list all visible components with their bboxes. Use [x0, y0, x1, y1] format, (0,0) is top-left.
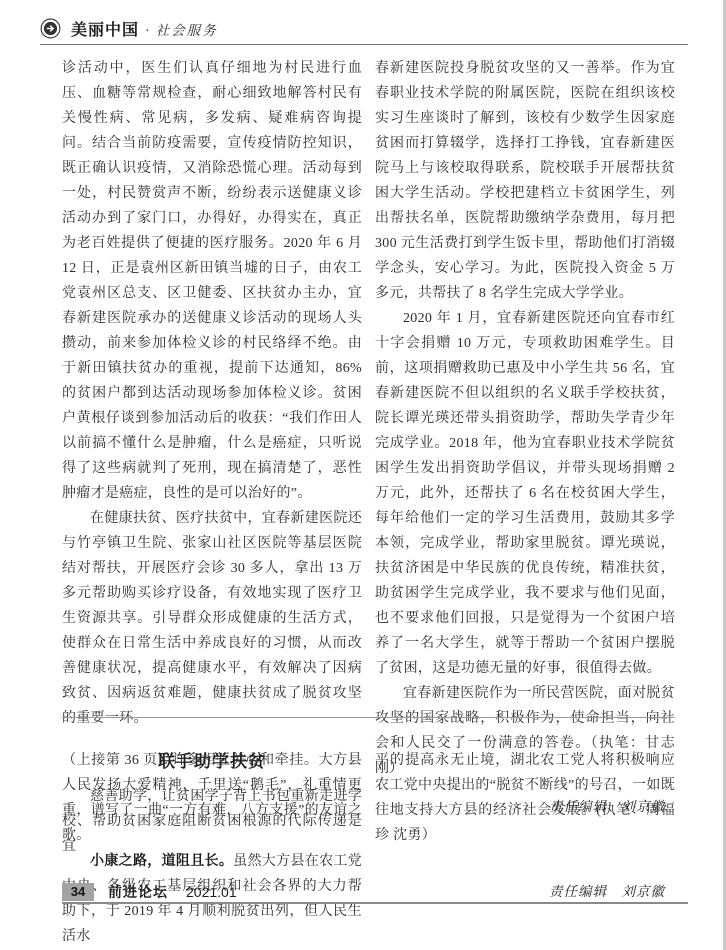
bottom-column-right: 平的提高永无止境，湖北农工党人将积极响应农工党中央提出的“脱贫不断线”的号召，一… — [375, 748, 675, 949]
header-rule — [40, 44, 688, 45]
article-divider — [62, 717, 675, 718]
main-column-right: 春新建医院投身脱贫攻坚的又一善举。作为宜春职业技术学院的附属医院，医院在组织该校… — [375, 56, 675, 859]
section-title-separator: · — [145, 24, 150, 40]
paragraph: （上接第 36 页）许多相互关心和牵挂。大方县人民发扬大爱精神，千里送“鹅毛”，… — [62, 748, 362, 848]
section-title-sub: 社会服务 — [156, 19, 218, 39]
arrow-circle-icon — [40, 18, 61, 39]
page-number-badge: 34 — [62, 883, 94, 901]
section-title: 美丽中国 · 社会服务 — [71, 17, 218, 40]
paragraph: 平的提高永无止境，湖北农工党人将积极响应农工党中央提出的“脱贫不断线”的号召，一… — [375, 748, 675, 848]
page-header: 美丽中国 · 社会服务 — [40, 13, 218, 43]
bottom-column-left: （上接第 36 页）许多相互关心和牵挂。大方县人民发扬大爱精神，千里送“鹅毛”，… — [62, 748, 362, 949]
paragraph: 春新建医院投身脱贫攻坚的又一善举。作为宜春职业技术学院的附属医院，医院在组织该校… — [375, 56, 675, 306]
paragraph: 诊活动中，医生们认真仔细地为村民进行血压、血糖等常规检查，耐心细致地解答村民有关… — [62, 56, 362, 506]
section-title-bold: 美丽中国 — [71, 17, 139, 40]
bold-lead: 小康之路，道阻且长。 — [90, 852, 233, 868]
article-bottom: （上接第 36 页）许多相互关心和牵挂。大方县人民发扬大爱精神，千里送“鹅毛”，… — [62, 748, 675, 949]
journal-name: 前进论坛 — [108, 882, 168, 902]
main-column-left: 诊活动中，医生们认真仔细地为村民进行血压、血糖等常规检查，耐心细致地解答村民有关… — [62, 56, 362, 859]
page-footer: 34 前进论坛 2021.01 — [62, 881, 688, 904]
paragraph: 2020 年 1 月，宜春新建医院还向宜春市红十字会捐赠 10 万元，专项救助困… — [375, 306, 675, 681]
magazine-page: 美丽中国 · 社会服务 诊活动中，医生们认真仔细地为村民进行血压、血糖等常规检查… — [0, 0, 726, 950]
journal-issue: 2021.01 — [186, 884, 237, 900]
article-main: 诊活动中，医生们认真仔细地为村民进行血压、血糖等常规检查，耐心细致地解答村民有关… — [62, 56, 675, 859]
paragraph: 在健康扶贫、医疗扶贫中，宜春新建医院还与竹亭镇卫生院、张家山社区医院等基层医院结… — [62, 506, 362, 731]
